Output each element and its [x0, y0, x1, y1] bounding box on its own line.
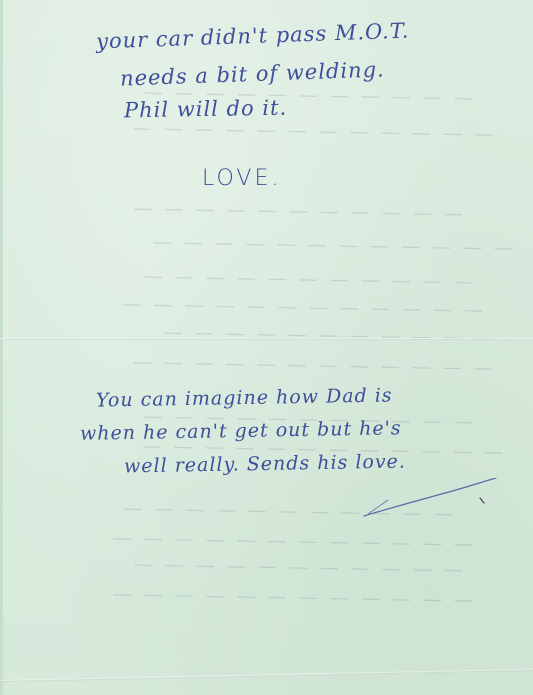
- pen-flourish-icon: [360, 478, 500, 528]
- letter-closing-love: LOVE.: [202, 166, 281, 191]
- letter-line: Phil will do it.: [124, 96, 288, 123]
- bleed-line: — — — — — — — — — — —: [160, 321, 493, 349]
- letter-line: You can imagine how Dad is: [96, 384, 393, 411]
- bleed-line: — — — — — — — — — — —: [130, 553, 463, 581]
- bleed-line: — — — — — — — — — — — —: [109, 527, 473, 555]
- fold-line-bottom: [0, 669, 533, 682]
- bleed-line: — — — — — — — — — — — —: [149, 231, 513, 259]
- bleed-line: — — — — — — — — — — —: [130, 197, 463, 225]
- fold-line: [0, 338, 533, 340]
- bleed-line: — — — — — — — — — — — —: [129, 351, 493, 379]
- letter-line: when he can't get out but he's: [80, 417, 402, 445]
- letter-line: needs a bit of welding.: [120, 57, 385, 90]
- letter-page: — — — — — — — — — — — — — — — — — — — — …: [0, 0, 533, 695]
- bleed-line: — — — — — — — — — — — —: [119, 293, 483, 321]
- bleed-line: — — — — — — — — — — — —: [109, 583, 473, 611]
- letter-line: well really. Sends his love.: [124, 451, 406, 478]
- bleed-line: — — — — — — — — — — —: [140, 265, 473, 293]
- letter-line: your car didn't pass M.O.T.: [96, 19, 410, 54]
